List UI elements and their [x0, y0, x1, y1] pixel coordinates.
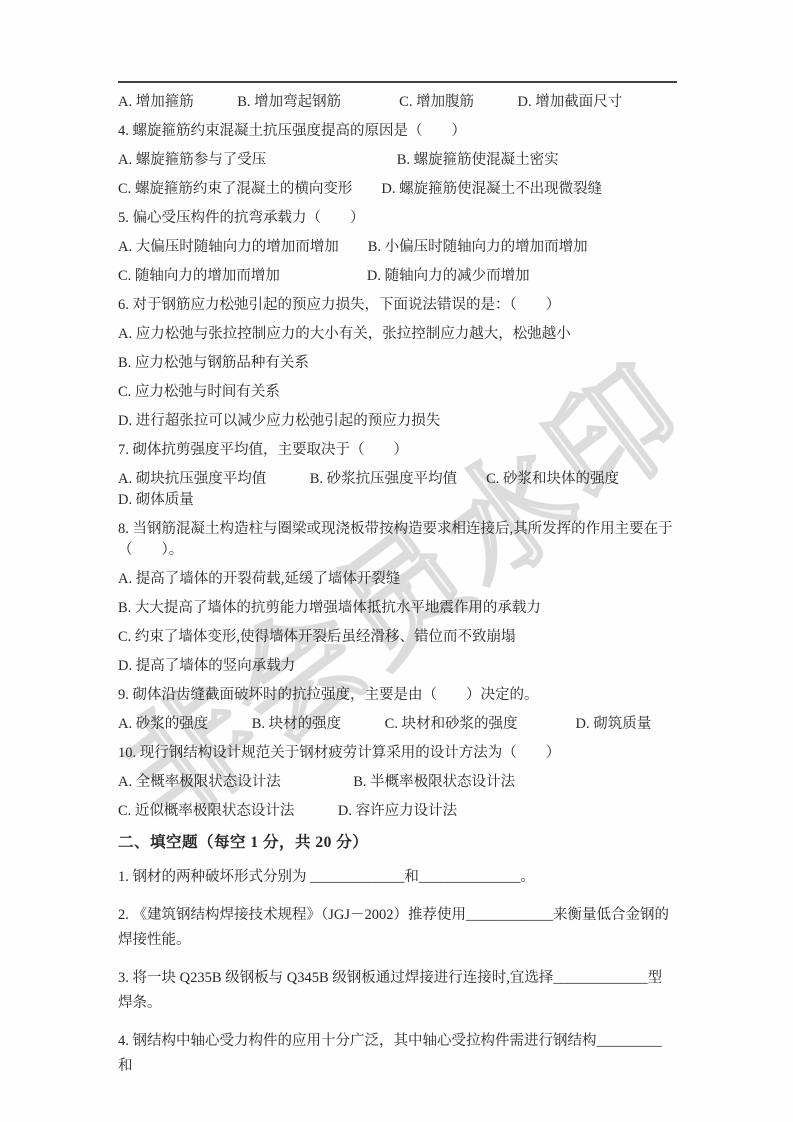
- q8-option-c: C. 约束了墙体变形,使得墙体开裂后虽经滑移、错位而不致崩塌: [118, 627, 674, 648]
- q4-options-ab: A. 螺旋箍筋参与了受压 B. 螺旋箍筋使混凝土密实: [118, 150, 674, 171]
- q10-stem: 10. 现行钢结构设计规范关于钢材疲劳计算采用的设计方法为（ ）: [118, 743, 674, 764]
- q7-stem: 7. 砌体抗剪强度平均值，主要取决于（ ）: [118, 440, 674, 461]
- exam-content: A. 增加箍筋 B. 增加弯起钢筋 C. 增加腹筋 D. 增加截面尺寸 4. 螺…: [118, 92, 674, 1092]
- q7-options-row: A. 砌块抗压强度平均值 B. 砂浆抗压强度平均值 C. 砂浆和块体的强度 D.…: [118, 469, 674, 511]
- exam-paper-page: 非会员水印 A. 增加箍筋 B. 增加弯起钢筋 C. 增加腹筋 D. 增加截面尺…: [0, 0, 793, 1122]
- q6-stem: 6. 对于钢筋应力松弛引起的预应力损失，下面说法错误的是：（ ）: [118, 295, 674, 316]
- fill-in-q2: 2. 《建筑钢结构焊接技术规程》（JGJ－2002）推荐使用__________…: [118, 903, 674, 953]
- q6-option-c: C. 应力松弛与时间有关系: [118, 382, 674, 403]
- q8-stem: 8. 当钢筋混凝土构造柱与圈梁或现浇板带按构造要求相连接后,其所发挥的作用主要在…: [118, 519, 674, 561]
- q3-options-row: A. 增加箍筋 B. 增加弯起钢筋 C. 增加腹筋 D. 增加截面尺寸: [118, 92, 674, 113]
- q4-stem: 4. 螺旋箍筋约束混凝土抗压强度提高的原因是（ ）: [118, 121, 674, 142]
- q8-option-a: A. 提高了墙体的开裂荷载,延缓了墙体开裂缝: [118, 569, 674, 590]
- q6-option-d: D. 进行超张拉可以减少应力松弛引起的预应力损失: [118, 411, 674, 432]
- header-divider-rule: [118, 81, 677, 83]
- fill-in-q1: 1. 钢材的两种破坏形式分别为 _____________和__________…: [118, 865, 674, 890]
- q10-options-ab: A. 全概率极限状态设计法 B. 半概率极限状态设计法: [118, 772, 674, 793]
- q9-options-row: A. 砂浆的强度 B. 块材的强度 C. 块材和砂浆的强度 D. 砌筑质量: [118, 714, 674, 735]
- q5-options-cd: C. 随轴向力的增加而增加 D. 随轴向力的减少而增加: [118, 266, 674, 287]
- fill-in-section-header: 二、填空题（每空 1 分，共 20 分）: [118, 830, 674, 852]
- q10-options-cd: C. 近似概率极限状态设计法 D. 容许应力设计法: [118, 801, 674, 822]
- fill-in-q3: 3. 将一块 Q235B 级钢板与 Q345B 级钢板通过焊接进行连接时,宜选择…: [118, 966, 674, 1016]
- q5-options-ab: A. 大偏压时随轴向力的增加而增加 B. 小偏压时随轴向力的增加而增加: [118, 237, 674, 258]
- q9-stem: 9. 砌体沿齿缝截面破坏时的抗拉强度，主要是由（ ）决定的。: [118, 685, 674, 706]
- q6-option-b: B. 应力松弛与钢筋品种有关系: [118, 353, 674, 374]
- q8-option-d: D. 提高了墙体的竖向承载力: [118, 656, 674, 677]
- q4-options-cd: C. 螺旋箍筋约束了混凝土的横向变形 D. 螺旋箍筋使混凝土不出现微裂缝: [118, 179, 674, 200]
- q5-stem: 5. 偏心受压构件的抗弯承载力（ ）: [118, 208, 674, 229]
- fill-in-q4: 4. 钢结构中轴心受力构件的应用十分广泛，其中轴心受拉构件需进行钢结构_____…: [118, 1029, 674, 1079]
- q8-option-b: B. 大大提高了墙体的抗剪能力增强墙体抵抗水平地震作用的承载力: [118, 598, 674, 619]
- q6-option-a: A. 应力松弛与张拉控制应力的大小有关，张拉控制应力越大，松弛越小: [118, 324, 674, 345]
